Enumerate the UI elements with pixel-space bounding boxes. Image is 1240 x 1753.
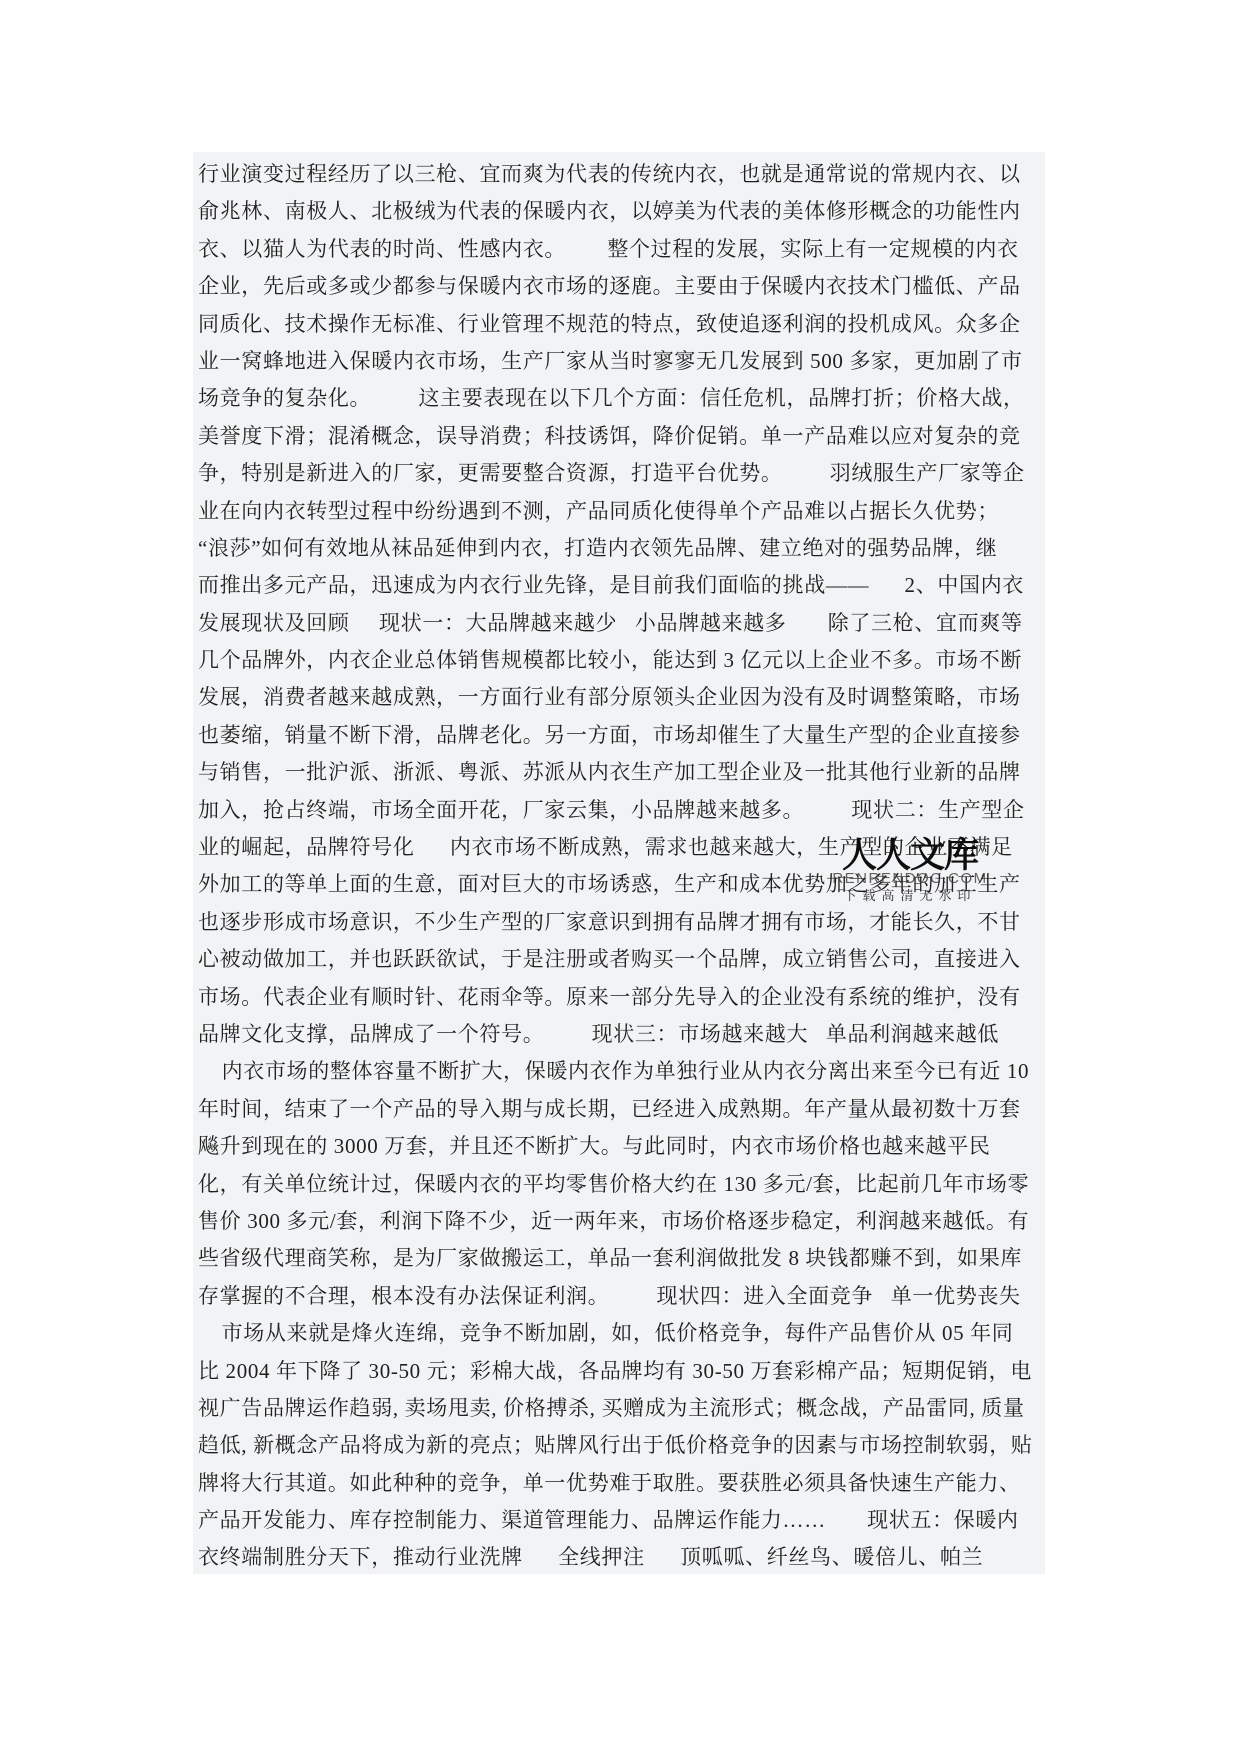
text-line: 售价 300 多元/套，利润下降不少，近一两年来，市场价格逐步稳定，利润越来越低… [198, 1203, 1045, 1240]
text-line: 俞兆林、南极人、北极绒为代表的保暖内衣，以婷美为代表的美体修形概念的功能性内 [198, 193, 1045, 230]
text-line: 视广告品牌运作趋弱, 卖场甩卖, 价格搏杀, 买赠成为主流形式；概念战，产品雷同… [198, 1390, 1045, 1427]
text-line: 衣、以猫人为代表的时尚、性感内衣。 整个过程的发展，实际上有一定规模的内衣 [198, 231, 1045, 268]
text-line: 同质化、技术操作无标准、行业管理不规范的特点，致使追逐利润的投机成风。众多企 [198, 306, 1045, 343]
text-line: 争，特别是新进入的厂家，更需要整合资源，打造平台优势。 羽绒服生产厂家等企 [198, 455, 1045, 492]
text-line: 发展现状及回顾 现状一：大品牌越来越少 小品牌越来越多 除了三枪、宜而爽等 [198, 605, 1045, 642]
text-line: 行业演变过程经历了以三枪、宜而爽为代表的传统内衣，也就是通常说的常规内衣、以 [198, 156, 1045, 193]
text-line: 几个品牌外，内衣企业总体销售规模都比较小，能达到 3 亿元以上企业不多。市场不断 [198, 642, 1045, 679]
text-line: 趋低, 新概念产品将成为新的亮点；贴牌风行出于低价格竞争的因素与市场控制软弱，贴 [198, 1427, 1045, 1464]
text-line: 发展，消费者越来越成熟，一方面行业有部分原领头企业因为没有及时调整策略，市场 [198, 679, 1045, 716]
text-line: 而推出多元产品，迅速成为内衣行业先锋，是目前我们面临的挑战—— 2、中国内衣 [198, 567, 1045, 604]
text-line: 外加工的等单上面的生意，面对巨大的市场诱惑，生产和成本优势加之多年的加工生产 [198, 866, 1045, 903]
text-line: 市场从来就是烽火连绵，竞争不断加剧，如，低价格竞争，每件产品售价从 05 年同 [198, 1315, 1045, 1352]
text-line: 与销售，一批沪派、浙派、粤派、苏派从内衣生产加工型企业及一批其他行业新的品牌 [198, 754, 1045, 791]
text-line: 业一窝蜂地进入保暖内衣市场，生产厂家从当时寥寥无几发展到 500 多家，更加剧了… [198, 343, 1045, 380]
text-line: 加入，抢占终端，市场全面开花，厂家云集，小品牌越来越多。 现状二：生产型企 [198, 792, 1045, 829]
text-line: 市场。代表企业有顺时针、花雨伞等。原来一部分先导入的企业没有系统的维护，没有 [198, 979, 1045, 1016]
text-line: 衣终端制胜分天下，推动行业洗牌 全线押注 顶呱呱、纤丝鸟、暖倍儿、帕兰 [198, 1539, 1045, 1576]
text-line: 企业，先后或多或少都参与保暖内衣市场的逐鹿。主要由于保暖内衣技术门槛低、产品 [198, 268, 1045, 305]
page: { "document": { "lines": [ "行业演变过程经历了以三枪… [0, 0, 1240, 1753]
text-line: 存掌握的不合理，根本没有办法保证利润。 现状四：进入全面竞争 单一优势丧失 [198, 1278, 1045, 1315]
text-line: “浪莎”如何有效地从袜品延伸到内衣，打造内衣领先品牌、建立绝对的强势品牌，继 [198, 530, 1045, 567]
text-line: 场竞争的复杂化。 这主要表现在以下几个方面：信任危机，品牌打折；价格大战， [198, 380, 1045, 417]
text-line: 些省级代理商笑称，是为厂家做搬运工，单品一套利润做批发 8 块钱都赚不到，如果库 [198, 1240, 1045, 1277]
text-line: 心被动做加工，并也跃跃欲试，于是注册或者购买一个品牌，成立销售公司，直接进入 [198, 941, 1045, 978]
text-line: 产品开发能力、库存控制能力、渠道管理能力、品牌运作能力…… 现状五：保暖内 [198, 1502, 1045, 1539]
text-line: 牌将大行其道。如此种种的竞争，单一优势难于取胜。要获胜必须具备快速生产能力、 [198, 1465, 1045, 1502]
text-line: 业的崛起，品牌符号化 内衣市场不断成熟，需求也越来越大，生产型的企业不满足 [198, 829, 1045, 866]
text-line: 内衣市场的整体容量不断扩大，保暖内衣作为单独行业从内衣分离出来至今已有近 10 [198, 1053, 1045, 1090]
text-line: 美誉度下滑；混淆概念，误导消费；科技诱饵，降价促销。单一产品难以应对复杂的竞 [198, 418, 1045, 455]
text-line: 品牌文化支撑，品牌成了一个符号。 现状三：市场越来越大 单品利润越来越低 [198, 1016, 1045, 1053]
text-line: 也逐步形成市场意识，不少生产型的厂家意识到拥有品牌才拥有市场，才能长久，不甘 [198, 904, 1045, 941]
text-line: 化，有关单位统计过，保暖内衣的平均零售价格大约在 130 多元/套，比起前几年市… [198, 1166, 1045, 1203]
text-line: 年时间，结束了一个产品的导入期与成长期，已经进入成熟期。年产量从最初数十万套 [198, 1091, 1045, 1128]
document-text: 行业演变过程经历了以三枪、宜而爽为代表的传统内衣，也就是通常说的常规内衣、以俞兆… [198, 156, 1045, 1577]
text-line: 飚升到现在的 3000 万套，并且还不断扩大。与此同时，内衣市场价格也越来越平民 [198, 1128, 1045, 1165]
text-line: 业在向内衣转型过程中纷纷遇到不测，产品同质化使得单个产品难以占据长久优势； [198, 493, 1045, 530]
document-page-image: 行业演变过程经历了以三枪、宜而爽为代表的传统内衣，也就是通常说的常规内衣、以俞兆… [193, 152, 1045, 1574]
text-line: 也萎缩，销量不断下滑，品牌老化。另一方面，市场却催生了大量生产型的企业直接参 [198, 717, 1045, 754]
text-line: 比 2004 年下降了 30-50 元；彩棉大战，各品牌均有 30-50 万套彩… [198, 1353, 1045, 1390]
